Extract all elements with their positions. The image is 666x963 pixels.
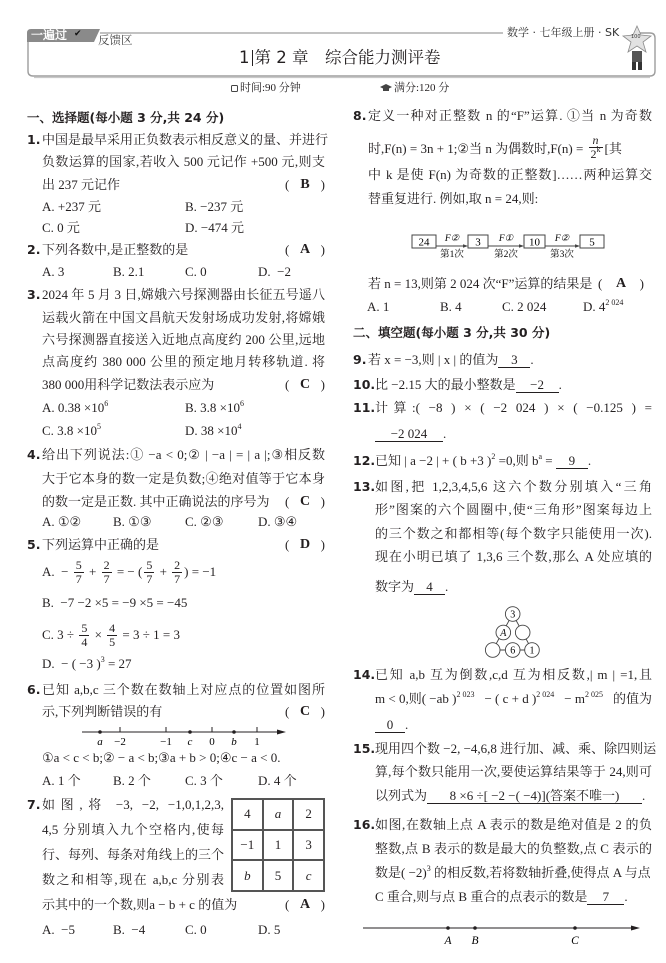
grid-cell: b xyxy=(232,860,263,891)
answer-blank: 3 xyxy=(498,352,530,368)
header-tab-sub: 反馈区 xyxy=(98,33,133,47)
option-d: D. − ( −3 )3 = 27 xyxy=(42,656,132,672)
question-text: 若 n = 13,则第 2 024 次“F”运算的结果是 xyxy=(368,276,592,292)
paren-close: ) xyxy=(321,494,325,510)
tick-label: −2 xyxy=(114,736,126,748)
paren-open: ( xyxy=(285,537,289,553)
question-text: 已知 a,b 互为倒数,c,d 互为相反数,| m | =1,且 xyxy=(375,667,652,683)
grid-cell: a xyxy=(263,799,294,830)
math-text: + xyxy=(156,564,170,580)
question-text: 2024 年 5 月 3 日,嫦娥六号探测器由长征五号遥八 xyxy=(42,287,325,303)
chapter-number: 1 xyxy=(239,48,250,68)
question-text: 时,F(n) = 3n + 1;②当 n 为偶数时,F(n) = n2k [其 xyxy=(368,131,622,163)
question-text: 的数一定是正数. 其中正确说法的序号为 xyxy=(42,494,270,510)
question-text: 以列式为8 ×6 ÷[ −2 −( −4)](答案不唯一). xyxy=(375,788,645,804)
math-text: × xyxy=(91,627,105,643)
question-number: 14. xyxy=(353,667,375,683)
question-body: 以列式为 xyxy=(375,788,427,803)
step-label: 第2次 xyxy=(494,248,518,260)
question-number: 7. xyxy=(27,797,40,813)
denominator-exponent: k xyxy=(597,145,601,154)
question-text: 的三个数之和都相等(每个数字只能使用一次). xyxy=(375,526,652,542)
point-b xyxy=(473,926,477,930)
question-text: 已知 | a −2 | + ( b +3 )2 =0,则 ba = 9. xyxy=(375,453,591,469)
grid-cell: 3 xyxy=(293,830,324,861)
option-a: A. +237 元 xyxy=(42,199,101,215)
numerator: 5 xyxy=(146,559,152,572)
star-mascot-text: 100 xyxy=(631,34,641,40)
math-text: 时,F(n) = 3n + 1;②当 n 为偶数时,F(n) = xyxy=(368,138,587,157)
question-text: 下列运算中正确的是 xyxy=(42,537,159,553)
paren-open: ( xyxy=(285,377,289,393)
period: . xyxy=(642,788,645,803)
period: . xyxy=(624,889,627,904)
question-text: 380 000用科学记数法表示应为 xyxy=(42,377,214,393)
option-d: D. 38 ×104 xyxy=(185,423,241,439)
question-number: 1. xyxy=(27,132,40,148)
math-text: 的相反数,若将数轴折叠,使得点 A 与点 xyxy=(431,865,651,880)
answer-choice: A xyxy=(300,897,310,913)
question-text: 整数,点 B 表示的数是最大的负整数,点 C 表示的 xyxy=(375,841,652,857)
option-b: B. 3.8 ×106 xyxy=(185,400,244,416)
option-a: A. 3 xyxy=(42,264,64,280)
page-title: 1 第 2 章 综合能力测评卷 xyxy=(239,48,441,68)
period: . xyxy=(530,352,533,367)
answer-blank: 9 xyxy=(556,453,588,469)
option-a: A. 1 xyxy=(367,299,389,315)
period: . xyxy=(559,377,562,392)
answer-paren: (C) xyxy=(285,494,325,510)
option-c: C. 0 xyxy=(185,922,207,938)
option-d: D. ③④ xyxy=(258,514,297,530)
question-text: 行、每列、每条对角线上的三个 xyxy=(42,847,224,863)
point-b xyxy=(232,730,236,734)
tick-label: 1 xyxy=(254,736,260,748)
point-label: B xyxy=(471,935,478,947)
question-number: 10. xyxy=(353,377,375,393)
circle-value: 3 xyxy=(510,610,515,621)
question-number: 15. xyxy=(353,741,375,757)
question-number: 8. xyxy=(353,108,366,124)
math-text: D. − ( −3 ) xyxy=(42,656,101,671)
time-label: 时间:90 分钟 xyxy=(240,81,301,95)
option-d: D. 4 个 xyxy=(258,773,297,789)
grid-cell: c xyxy=(293,860,324,891)
answer-paren: (B) xyxy=(285,177,325,193)
circle-right-mid xyxy=(515,625,530,640)
question-text: 运载火箭在中国文昌航天发射场成功发射,将嫦娥 xyxy=(42,310,325,326)
option-a: A. ①② xyxy=(42,514,81,530)
fraction: 45 xyxy=(107,622,117,649)
exponent: 2 025 xyxy=(585,690,603,699)
question-text: 数字为4. xyxy=(375,579,448,595)
math-text: 的值为 xyxy=(610,691,652,707)
option-c: C. 0 元 xyxy=(42,220,80,236)
answer-blank: 4 xyxy=(414,579,445,595)
op-label: F② xyxy=(554,233,570,244)
math-text: [其 xyxy=(605,138,622,157)
value-text: 10 xyxy=(529,237,541,249)
option-b: B. 2.1 xyxy=(113,264,144,280)
question-text: m < 0,则( −ab )2 023 − ( c + d )2 024 − m… xyxy=(375,691,652,707)
question-number: 16. xyxy=(353,817,375,833)
math-text: = xyxy=(542,453,556,468)
point-a xyxy=(446,926,450,930)
answer-choice: C xyxy=(300,494,310,510)
paren-close: ) xyxy=(321,377,325,393)
paren-close: ) xyxy=(321,897,325,913)
arrow-icon xyxy=(463,244,468,248)
period: . xyxy=(445,579,448,594)
question-text: 替重复进行. 例如,取 n = 24,则: xyxy=(368,191,538,207)
check-icon: ✔ xyxy=(74,27,82,41)
option-c: C. 3.8 ×105 xyxy=(42,423,101,439)
graduation-cap-icon xyxy=(380,84,392,92)
option-b: B. −237 元 xyxy=(185,199,243,215)
paren-close: ) xyxy=(321,242,325,258)
circle-value: 1 xyxy=(530,646,535,657)
option-c: C. 3 ÷ 54 × 45 = 3 ÷ 1 = 3 xyxy=(42,619,180,651)
paren-close: ) xyxy=(321,537,325,553)
paren-open: ( xyxy=(285,494,289,510)
answer-choice: B xyxy=(300,177,309,193)
answer-paren: (A) xyxy=(285,242,325,258)
fraction: 57 xyxy=(74,559,84,586)
fraction: 54 xyxy=(79,622,89,649)
fraction: 57 xyxy=(144,559,154,586)
denominator: 7 xyxy=(74,572,84,586)
point-a xyxy=(98,730,102,734)
arrow-icon xyxy=(631,926,640,931)
math-text: = 3 ÷ 1 = 3 xyxy=(119,627,180,643)
number-line-figure: a −2 −1 c 0 b 1 xyxy=(60,722,300,748)
question-text: 算,每个数只能用一次,要使运算结果等于 24,则可 xyxy=(375,764,652,780)
grid-cell: −1 xyxy=(232,830,263,861)
option-d: D. −2 xyxy=(258,264,291,280)
option-d: D. 42 024 xyxy=(583,299,623,315)
question-number: 2. xyxy=(27,242,40,258)
math-text: 数是( −2) xyxy=(375,865,427,880)
score-info: 满分:120 分 xyxy=(380,81,449,95)
title-divider xyxy=(252,50,253,66)
header-subject: 数学 · 七年级上册 · SK xyxy=(507,26,619,40)
question-number: 13. xyxy=(353,479,375,495)
question-number: 4. xyxy=(27,447,40,463)
option-base: A. 0.38 ×10 xyxy=(42,400,104,415)
point-label: A xyxy=(443,935,452,947)
option-base: D. 38 ×10 xyxy=(185,423,237,438)
answer-paren: (C) xyxy=(285,377,325,393)
math-part: m < 0,则( −ab ) xyxy=(375,691,456,706)
value-text: 24 xyxy=(419,237,431,249)
period: . xyxy=(588,453,591,468)
math-text: + xyxy=(86,564,100,580)
exponent: 2 023 xyxy=(456,690,474,699)
option-exponent: 4 xyxy=(237,422,241,431)
fraction: 27 xyxy=(102,559,112,586)
paren-open: ( xyxy=(285,704,289,720)
question-text: 4,5 分别填入九个空格内,使每 xyxy=(42,822,224,838)
question-text: 现在小明已填了 1,3,6 三个数,那么 A 处应填的 xyxy=(375,549,652,565)
option-d: D. −474 元 xyxy=(185,220,244,236)
fraction: 27 xyxy=(172,559,182,586)
fraction: n2k xyxy=(589,134,603,161)
time-info: 时间:90 分钟 xyxy=(231,81,301,95)
question-text: 大于它本身的数一定是负数;④绝对值等于它本身 xyxy=(42,471,325,487)
question-text: 数之和相等,现在 a,b,c 分别表 xyxy=(42,872,224,888)
value-text: 5 xyxy=(589,237,595,249)
math-text: =0,则 b xyxy=(495,453,538,468)
denominator: 7 xyxy=(172,572,182,586)
question-number: 5. xyxy=(27,537,40,553)
question-text: 定义一种对正整数 n 的“F”运算. ①当 n 为奇数 xyxy=(368,108,652,124)
question-text: C 重合,则与点 B 重合的点表示的数是7. xyxy=(375,889,628,905)
point-label: a xyxy=(97,736,103,748)
point-c xyxy=(188,730,192,734)
math-part: − m xyxy=(561,691,585,706)
option-base: C. 3.8 ×10 xyxy=(42,423,97,438)
question-body: 数字为 xyxy=(375,579,414,594)
numerator: 4 xyxy=(109,622,115,635)
question-number: 3. xyxy=(27,287,40,303)
answer-blank: 8 ×6 ÷[ −2 −( −4)](答案不唯一) xyxy=(427,788,642,804)
chapter-title: 第 2 章 综合能力测评卷 xyxy=(255,48,441,68)
option-b: B. 2 个 xyxy=(113,773,151,789)
denominator: 7 xyxy=(144,572,154,586)
op-label: F② xyxy=(444,233,460,244)
option-c: C. 0 xyxy=(185,264,207,280)
answer-paren: (A) xyxy=(285,897,325,913)
numerator: 5 xyxy=(76,559,82,572)
answer-paren: (A) xyxy=(598,276,644,292)
question-text: 已知 a,b,c 三个数在数轴上对应点的位置如图所 xyxy=(42,682,325,698)
circle-value: 6 xyxy=(510,646,515,657)
point-label: b xyxy=(231,736,237,748)
math-text: − ( c + d )2 024 xyxy=(481,691,554,707)
paren-close: ) xyxy=(640,276,644,292)
paren-close: ) xyxy=(321,704,325,720)
circle-value: A xyxy=(499,628,507,639)
denominator: 2k xyxy=(589,147,603,161)
answer-paren: (C) xyxy=(285,704,325,720)
arrow-icon xyxy=(519,244,524,248)
paren-open: ( xyxy=(285,177,289,193)
question-text: 六号探测器直接送入近地点高度约 200 公里,远地 xyxy=(42,332,325,348)
statements: ①a < c < b;② − a < b;③a + b > 0;④c − a <… xyxy=(42,750,280,766)
exponent: 2 024 xyxy=(536,690,554,699)
question-number: 11. xyxy=(353,400,375,416)
question-text: 形”图案的六个圆圈中,使“三角形”图案每边上 xyxy=(375,502,652,518)
grid-cell: 1 xyxy=(263,830,294,861)
question-text: 数是( −2)3 的相反数,若将数轴折叠,使得点 A 与点 xyxy=(375,865,651,881)
option-b: B. −4 xyxy=(113,922,145,938)
option-c: C. 3 个 xyxy=(185,773,223,789)
question-number: 9. xyxy=(353,352,366,368)
answer-blank: −2 024 xyxy=(375,426,443,442)
option-d: D. 5 xyxy=(258,922,280,938)
math-text: A. − xyxy=(42,564,72,580)
math-text: C. 3 ÷ xyxy=(42,627,77,643)
number-line-figure: A B C xyxy=(355,918,650,948)
option-base: D. 4 xyxy=(583,299,605,314)
paren-close: ) xyxy=(321,177,325,193)
step-label: 第1次 xyxy=(440,248,464,260)
question-text: 下列各数中,是正整数的是 xyxy=(42,242,188,258)
paren-open: ( xyxy=(285,897,289,913)
answer-paren: (D) xyxy=(285,537,325,553)
math-text: 已知 | a −2 | + ( b +3 ) xyxy=(375,453,491,468)
period: . xyxy=(405,717,408,732)
option-exponent: 6 xyxy=(104,399,108,408)
question-number: 12. xyxy=(353,453,375,469)
question-text: 点高度约 380 000 公里的预定地月转移轨道. 将 xyxy=(42,354,325,370)
value-text: 3 xyxy=(475,237,481,249)
question-text: 现用四个数 −2, −4,6,8 进行加、减、乘、除四则运 xyxy=(375,741,652,757)
option-c: C. ②③ xyxy=(185,514,223,530)
question-text: 若 x = −3,则 | x | 的值为3. xyxy=(368,352,534,368)
answer-choice: C xyxy=(300,377,310,393)
question-text: 给出下列说法:① −a < 0;② | −a | = | a |;③相反数 xyxy=(42,447,325,463)
answer-blank: −2 xyxy=(516,377,559,393)
question-text: 计算:( −8 ) × ( −2 024 ) × ( −0.125 ) = xyxy=(375,400,652,416)
paren-open: ( xyxy=(598,276,602,292)
point-label: C xyxy=(571,935,579,947)
question-text: 中国是最早采用正负数表示相反意义的量、并进行 xyxy=(42,132,325,148)
question-body: 比 −2.15 大的最小整数是 xyxy=(375,377,516,392)
option-exponent: 5 xyxy=(97,422,101,431)
question-text: 中 k 是使 F(n) 为奇数的正整数]……两种运算交 xyxy=(368,167,652,183)
clock-icon xyxy=(231,85,238,92)
question-text: 示其中的一个数,则a − b + c 的值为 xyxy=(42,897,237,913)
question-text: 如图,将 −3, −2, −1,0,1,2,3, xyxy=(42,797,224,813)
header-tab-label: 一遍过 xyxy=(31,28,67,42)
math-text: − m2 025 xyxy=(561,691,603,707)
math-text: = − ( xyxy=(114,564,143,580)
answer-line: 0. xyxy=(375,717,408,733)
math-part: − ( c + d ) xyxy=(481,691,536,706)
op-label: F① xyxy=(498,233,514,244)
option-a: A. 0.38 ×106 xyxy=(42,400,108,416)
math-text: m < 0,则( −ab )2 023 xyxy=(375,691,474,707)
f-operation-diagram: 24 3 10 5 F② F① F② 第1次 第2次 第3次 xyxy=(405,226,615,262)
denominator: 5 xyxy=(107,635,117,649)
numerator: 5 xyxy=(81,622,87,635)
section-heading-fill: 二、填空题(每小题 3 分,共 30 分) xyxy=(353,325,550,341)
score-label: 满分:120 分 xyxy=(394,81,449,95)
option-base: B. 3.8 ×10 xyxy=(185,400,240,415)
period: . xyxy=(443,426,446,441)
tick-label: 0 xyxy=(209,736,215,748)
math-text: ) = −1 xyxy=(184,564,216,580)
grid-cell: 4 xyxy=(232,799,263,830)
answer-choice: D xyxy=(300,537,310,553)
arrow-icon xyxy=(277,730,286,735)
tick-label: −1 xyxy=(160,736,172,748)
arrow-icon xyxy=(575,244,580,248)
option-a: A. −5 xyxy=(42,922,75,938)
question-text: 如图,在数轴上点 A 表示的数是绝对值是 2 的负 xyxy=(375,817,652,833)
grid-cell: 2 xyxy=(293,799,324,830)
option-b: B. −7 −2 ×5 = −9 ×5 = −45 xyxy=(42,595,187,611)
numerator: 2 xyxy=(174,559,180,572)
option-a: A. − 57 + 27 = − ( 57 + 27 ) = −1 xyxy=(42,556,216,588)
question-body: 若 x = −3,则 | x | 的值为 xyxy=(368,352,498,367)
question-text: 比 −2.15 大的最小整数是−2. xyxy=(375,377,562,393)
option-c: C. 2 024 xyxy=(502,299,546,315)
option-exponent: 2 024 xyxy=(605,298,623,307)
numerator: 2 xyxy=(104,559,110,572)
answer-choice: C xyxy=(300,704,310,720)
step-label: 第3次 xyxy=(550,248,574,260)
answer-choice: A xyxy=(616,276,626,292)
answer-line: −2 024. xyxy=(375,426,446,442)
section-heading-choice: 一、选择题(每小题 3 分,共 24 分) xyxy=(27,110,224,126)
option-b: B. ①③ xyxy=(113,514,151,530)
answer-blank: 7 xyxy=(587,889,624,905)
paren-open: ( xyxy=(285,242,289,258)
question-text: 示,下列判断错误的有 xyxy=(42,704,162,720)
math-text: = 27 xyxy=(105,656,132,671)
option-exponent: 6 xyxy=(240,399,244,408)
question-text: 负数运算的国家,若收入 500 元记作 +500 元,则支 xyxy=(42,154,325,170)
point-c xyxy=(573,926,577,930)
answer-blank: 0 xyxy=(375,717,405,733)
question-text: 如图,把 1,2,3,4,5,6 这六个数分别填入“三角 xyxy=(375,479,652,495)
question-body: C 重合,则与点 B 重合的点表示的数是 xyxy=(375,889,587,904)
denominator: 7 xyxy=(102,572,112,586)
magic-square-grid: 4 a 2 −1 1 3 b 5 c xyxy=(231,798,325,892)
triangle-circles-figure: 3 A 6 1 xyxy=(480,603,546,660)
question-number: 6. xyxy=(27,682,40,698)
grid-cell: 5 xyxy=(263,860,294,891)
circle-bottom-left xyxy=(485,643,500,658)
denominator: 4 xyxy=(79,635,89,649)
point-label: c xyxy=(188,736,193,748)
answer-choice: A xyxy=(300,242,310,258)
option-a: A. 1 个 xyxy=(42,773,81,789)
option-b: B. 4 xyxy=(440,299,462,315)
question-text: 出 237 元记作 xyxy=(42,177,120,193)
